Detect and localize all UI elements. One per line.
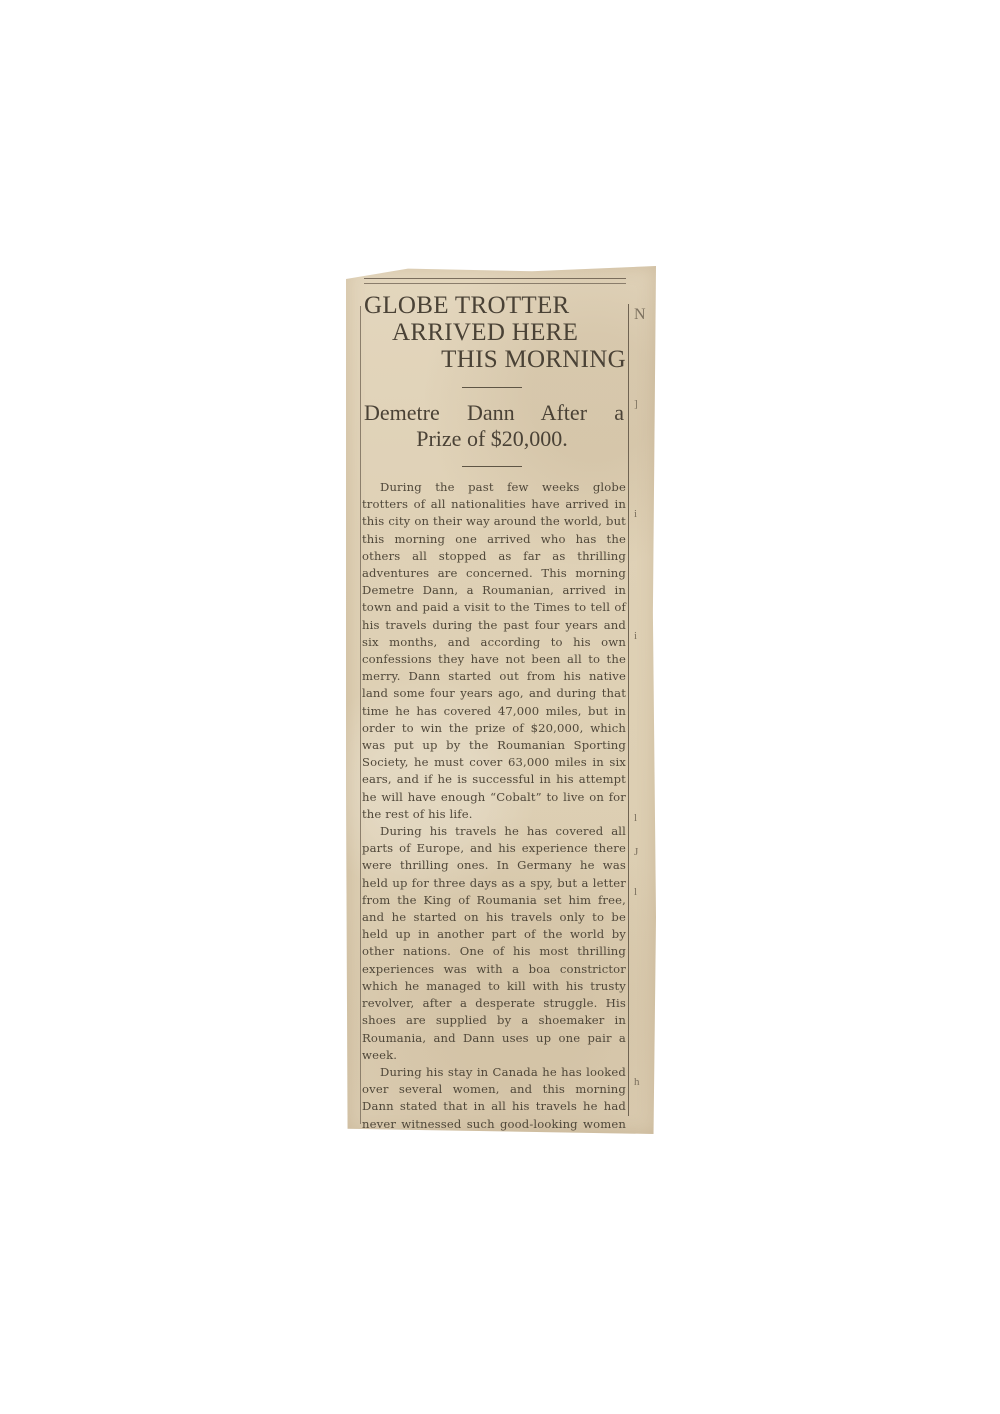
fragment: ] xyxy=(634,398,638,410)
paragraph-3: During his stay in Canada he has looked … xyxy=(362,1064,626,1202)
headline-line-2: ARRIVED HERE xyxy=(358,319,626,346)
fragment: i xyxy=(634,508,637,520)
fragment: l xyxy=(634,812,637,824)
fragment: h xyxy=(634,1076,640,1088)
top-rule xyxy=(364,278,626,284)
fragment: N xyxy=(634,306,646,324)
headline-line-3: THIS MORNING xyxy=(358,346,626,373)
fragment: J xyxy=(634,846,638,858)
headline-line-1: GLOBE TROTTER xyxy=(358,292,626,319)
fragment: i xyxy=(634,630,637,642)
subheadline: Demetre Dann After a Prize of $20,000. xyxy=(358,400,626,452)
article: GLOBE TROTTER ARRIVED HERE THIS MORNING … xyxy=(358,292,626,1214)
subheadline-line-1: Demetre Dann After a xyxy=(358,400,626,426)
column-divider-rule xyxy=(628,304,629,1116)
paragraph-1: During the past few weeks globe trotters… xyxy=(362,479,626,823)
ornament-line-right xyxy=(504,1206,544,1207)
headline-divider xyxy=(462,387,522,388)
subheadline-line-2: Prize of $20,000. xyxy=(358,426,626,452)
ornament-line-left xyxy=(440,1206,480,1207)
article-body: During the past few weeks globe trotters… xyxy=(358,479,626,1202)
newspaper-clipping: GLOBE TROTTER ARRIVED HERE THIS MORNING … xyxy=(346,266,656,1134)
end-ornament: ◆◆◆ xyxy=(358,1202,626,1214)
fragment: l xyxy=(634,886,637,898)
subheadline-divider xyxy=(462,466,522,467)
paragraph-2: During his travels he has covered all pa… xyxy=(362,823,626,1064)
headline: GLOBE TROTTER ARRIVED HERE THIS MORNING xyxy=(358,292,626,373)
ornament-diamonds: ◆◆◆ xyxy=(482,1202,502,1213)
